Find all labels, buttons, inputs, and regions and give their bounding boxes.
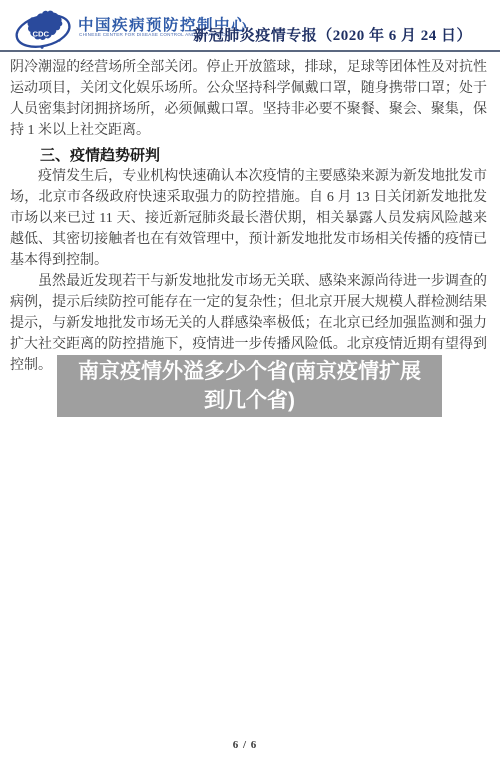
report-page: CDC 中国疾病预防控制中心 CHINESE CENTER FOR DISEAS… [0, 0, 500, 767]
trend-paragraph-1: 疫情发生后，专业机构快速确认本次疫情的主要感染来源为新发地批发市场，北京市各级政… [10, 166, 487, 271]
intro-paragraph: 阴冷潮湿的经营场所全部关闭。停止开放篮球，排球，足球等团体性及对抗性运动项目，关… [10, 57, 487, 141]
header-divider [0, 50, 500, 52]
overlay-title-box: 南京疫情外溢多少个省(南京疫情扩展到几个省) [57, 355, 442, 417]
cdc-logo-text: CDC [32, 30, 49, 39]
cdc-logo-icon: CDC [12, 4, 76, 54]
section-heading: 三、疫情趋势研判 [10, 145, 487, 166]
document-body: 阴冷潮湿的经营场所全部关闭。停止开放篮球，排球，足球等团体性及对抗性运动项目，关… [10, 57, 487, 376]
overlay-title-text: 南京疫情外溢多少个省(南京疫情扩展到几个省) [69, 357, 430, 415]
page-number: 6 / 6 [0, 739, 490, 751]
report-title: 新冠肺炎疫情专报（2020 年 6 月 24 日） [193, 24, 472, 45]
